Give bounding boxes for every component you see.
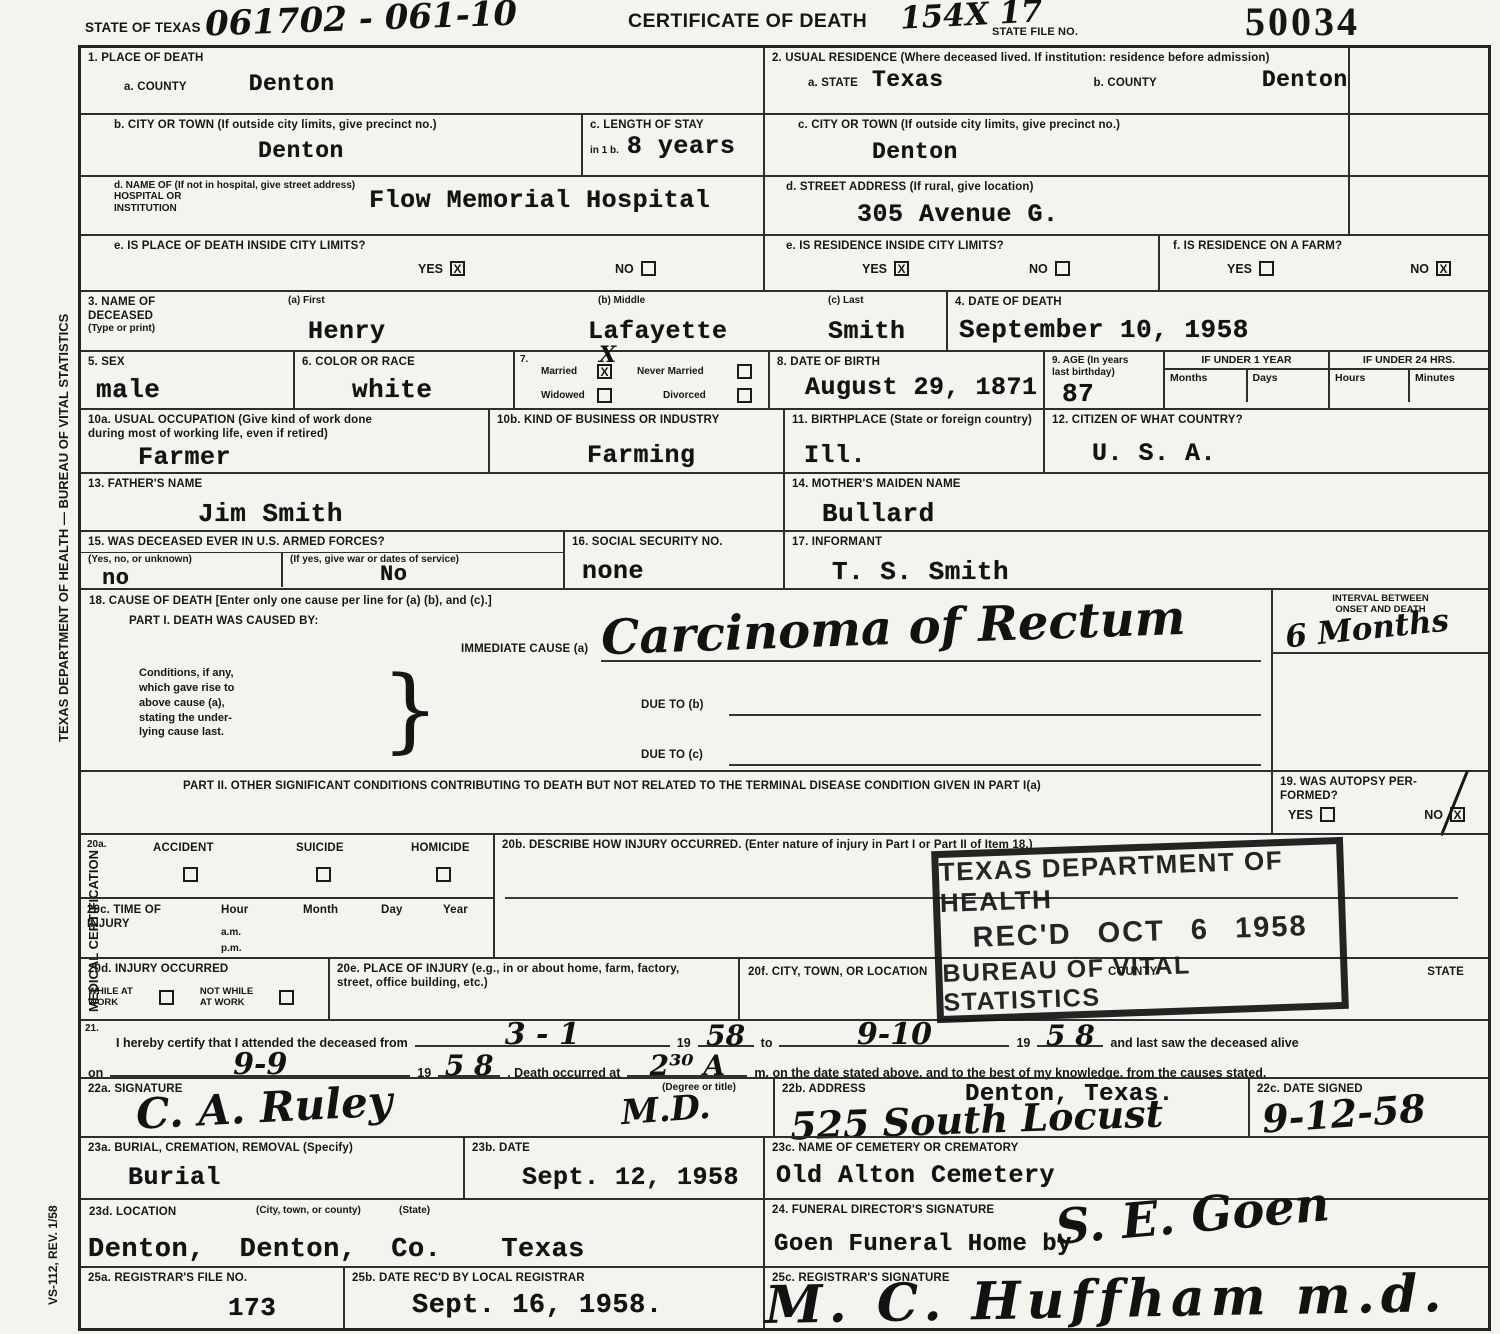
row-7: 10a. USUAL OCCUPATION (Give kind of work… [81,408,1488,472]
box-3b-middle-name: (b) Middle Lafayette [521,292,821,350]
cause-of-death-label: 18. CAUSE OF DEATH [Enter only one cause… [89,594,492,608]
occupation-value: Farmer [138,443,481,472]
month-label: Month [303,903,338,917]
to-year-value: 5 8 [1037,1022,1103,1050]
location-city-value: Denton, Denton, Co. [88,1235,441,1265]
box-3a-first-name: (a) First Henry [281,292,521,350]
box-4-date-of-death: 4. DATE OF DEATH September 10, 1958 [946,292,1488,350]
suicide-label: SUICIDE [296,841,344,855]
handwritten-registration-codes: 061702 - 061-10 [205,0,518,41]
middle-name-label: (b) Middle [598,295,814,307]
part1-label: PART I. DEATH WAS CAUSED BY: [129,614,318,628]
row-9: 15. WAS DECEASED EVER IN U.S. ARMED FORC… [81,530,1488,588]
farm-label: f. IS RESIDENCE ON A FARM? [1173,239,1481,253]
armed-forces-label: 15. WAS DECEASED EVER IN U.S. ARMED FORC… [81,532,563,553]
married-handwritten-x: X [599,344,616,366]
last-name-value: Smith [828,317,939,346]
box-22a-signature: 22a. SIGNATURE (Degree or title) C. A. R… [81,1079,773,1137]
marital-label: 7. [520,354,528,366]
box-1e-city-limits: e. IS PLACE OF DEATH INSIDE CITY LIMITS?… [81,236,763,290]
box-23d-location: 23d. LOCATION (City, town, or county) (S… [81,1200,763,1266]
code-strip [1348,177,1488,235]
county-value: Denton [249,71,335,97]
row-8: 13. FATHER'S NAME Jim Smith 14. MOTHER'S… [81,472,1488,530]
death-city-limits-no-checkbox [641,261,656,276]
never-married-checkbox [737,364,752,379]
minutes-label: Minutes [1408,370,1488,402]
accident-label: ACCIDENT [153,841,214,855]
residence-county-value: Denton [1262,67,1348,93]
row-19: 25a. REGISTRAR'S FILE NO. 173 25b. DATE … [81,1266,1488,1328]
never-married-label: Never Married [637,366,704,378]
box-20d-injury-occurred: 20d. INJURY OCCURRED WHILE AT WORK NOT W… [81,959,328,1019]
certificate-title: CERTIFICATE OF DEATH [628,10,867,34]
stamp-line-1: TEXAS DEPARTMENT OF HEALTH [938,843,1338,919]
last-saw-blank: 9-9 [110,1062,410,1077]
farm-no-checkbox: X [1436,261,1451,276]
death-certificate-scan: TEXAS DEPARTMENT OF HEALTH — BUREAU OF V… [0,0,1500,1334]
informant-label: 17. INFORMANT [792,535,1481,549]
box-10b-industry: 10b. KIND OF BUSINESS OR INDUSTRY Farmin… [488,410,783,472]
interval-line [1273,652,1488,654]
box-20c-time-of-injury: 20c. TIME OF INJURY Hour a.m. p.m. Month… [81,897,493,957]
industry-value: Farming [587,441,776,470]
burial-label: 23a. BURIAL, CREMATION, REMOVAL (Specify… [88,1141,456,1155]
conditions-brace: } [381,664,440,756]
not-while-at-work-label: NOT WHILE AT WORK [200,986,253,1008]
row-11: PART II. OTHER SIGNIFICANT CONDITIONS CO… [81,770,1488,833]
box-3-name-label: 3. NAME OF DECEASED (Type or print) [81,292,281,350]
vertical-department-label: TEXAS DEPARTMENT OF HEALTH — BUREAU OF V… [56,314,71,742]
year-label: Year [443,903,468,917]
yes-label: YES [1288,808,1313,822]
yes-label: YES [862,262,887,276]
first-name-label: (a) First [288,295,514,307]
father-name-label: 13. FATHER'S NAME [88,477,776,491]
part2-label: PART II. OTHER SIGNIFICANT CONDITIONS CO… [183,779,1264,793]
residence-city-limits-yes-checkbox: X [894,261,909,276]
box-interval: INTERVAL BETWEEN ONSET AND DEATH 6 Month… [1271,590,1488,770]
citizen-value: U. S. A. [1092,439,1481,468]
due-to-b-label: DUE TO (b) [641,698,704,712]
ssn-label: 16. SOCIAL SECURITY NO. [572,535,776,549]
row-10-cause-of-death: 18. CAUSE OF DEATH [Enter only one cause… [81,588,1488,770]
hour-label: Hour [221,903,248,917]
injury-city-label: 20f. CITY, TOWN, OR LOCATION [748,965,927,979]
to-year-blank: 5 8 [1037,1032,1103,1047]
from-year-value: 58 [698,1022,754,1050]
no-label: NO [1424,808,1443,822]
due-to-c-line [729,764,1261,766]
year-prefix: 19 [1016,1036,1030,1050]
farm-yes-checkbox [1259,261,1274,276]
box-22b-address: 22b. ADDRESS Denton, Texas. 525 South Lo… [773,1079,1248,1137]
attended-from-blank: 3 - 1 [415,1032,670,1047]
box-2d-street-address: d. STREET ADDRESS (If rural, give locati… [763,177,1488,235]
ssn-value: none [582,557,776,586]
location-state-value: Texas [501,1235,585,1265]
date-of-death-label: 4. DATE OF DEATH [955,295,1481,309]
birthplace-label: 11. BIRTHPLACE (State or foreign country… [792,413,1036,427]
code-strip [1348,48,1488,113]
box-25b-date-recd: 25b. DATE REC'D BY LOCAL REGISTRAR Sept.… [343,1268,763,1328]
hospital-value: Flow Memorial Hospital [369,186,710,215]
mother-maiden-name-value: Bullard [822,499,1481,529]
certify-text-2: and last saw the deceased alive [1110,1036,1298,1050]
race-label: 6. COLOR OR RACE [302,355,506,369]
age-value: 87 [1062,379,1156,409]
death-time-value: 2³⁰ A [627,1052,747,1080]
widowed-label: Widowed [541,390,585,402]
injury-occurred-label: 20d. INJURY OCCURRED [88,962,321,976]
registrar-file-value: 173 [228,1293,336,1323]
box-9-age: 9. AGE (In years last birthday) 87 [1043,352,1163,408]
physician-signature: C. A. Ruley [135,1080,393,1135]
received-stamp: TEXAS DEPARTMENT OF HEALTH REC'D OCT 6 1… [931,837,1349,1023]
row-18: 23d. LOCATION (City, town, or county) (S… [81,1198,1488,1266]
state-of-texas-label: STATE OF TEXAS [85,20,201,36]
no-label: NO [615,262,634,276]
from-year-blank: 58 [698,1032,754,1047]
row-5: 3. NAME OF DECEASED (Type or print) (a) … [81,290,1488,350]
injury-state-label: STATE [1427,965,1464,979]
registrar-signature: M. C. Huffham m.d. [765,1268,1448,1332]
no-label: NO [1029,262,1048,276]
yes-label: YES [418,262,443,276]
cemetery-value: Old Alton Cemetery [776,1161,1481,1190]
hours-label: Hours [1330,370,1408,402]
date-signed-value: 9-12-58 [1261,1089,1427,1138]
homicide-checkbox [436,867,451,882]
registrar-file-label: 25a. REGISTRAR'S FILE NO. [88,1271,336,1285]
injury-left-column: 20a. ACCIDENT SUICIDE HOMICIDE 20c. TIME… [81,835,493,957]
am-label: a.m. [221,927,241,939]
death-city-limits-yes-checkbox: X [450,261,465,276]
no-label: NO [1410,262,1429,276]
months-label: Months [1165,370,1246,402]
box-1d-hospital: d. NAME OF (If not in hospital, give str… [81,177,763,235]
box-25a-registrar-file: 25a. REGISTRAR'S FILE NO. 173 [81,1268,343,1328]
married-label: Married [541,366,577,378]
box-8-date-of-birth: 8. DATE OF BIRTH August 29, 1871 [768,352,1043,408]
to-word: to [761,1036,773,1050]
burial-value: Burial [128,1163,456,1192]
box-16-ssn: 16. SOCIAL SECURITY NO. none [563,532,783,588]
box-25c-registrar-signature: 25c. REGISTRAR'S SIGNATURE M. C. Huffham… [763,1268,1488,1328]
attended-to-blank: 9-10 [779,1032,1009,1047]
due-to-b-line [729,714,1261,716]
married-checkbox: X [597,364,612,379]
citizen-label: 12. CITIZEN OF WHAT COUNTRY? [1052,413,1481,427]
immediate-cause-value: Carcinoma of Rectum [600,594,1186,662]
box-17-informant: 17. INFORMANT T. S. Smith [783,532,1488,588]
residence-city-limits-label: e. IS RESIDENCE INSIDE CITY LIMITS? [786,239,1151,253]
stamp-line-3: BUREAU OF VITAL STATISTICS [942,946,1342,1018]
location-label: 23d. LOCATION [89,1205,176,1219]
location-state-sublabel: (State) [399,1205,430,1217]
box-5-sex: 5. SEX male [81,352,293,408]
middle-name-value: Lafayette [588,317,814,346]
row-16: 22a. SIGNATURE (Degree or title) C. A. R… [81,1077,1488,1137]
yes-label: YES [1227,262,1252,276]
box-23a-burial: 23a. BURIAL, CREMATION, REMOVAL (Specify… [81,1138,463,1198]
box-20e-place-of-injury: 20e. PLACE OF INJURY (e.g., in or about … [328,959,738,1019]
birthplace-value: Ill. [804,441,1036,470]
day-label: Day [381,903,403,917]
box-under-1-year: IF UNDER 1 YEAR Months Days [1163,352,1328,408]
burial-date-value: Sept. 12, 1958 [522,1163,756,1192]
box-13-father: 13. FATHER'S NAME Jim Smith [81,474,783,530]
date-of-birth-label: 8. DATE OF BIRTH [777,355,1036,369]
residence-state-value: Texas [872,67,944,93]
box-18-cause-of-death: 18. CAUSE OF DEATH [Enter only one cause… [81,590,1271,770]
state-file-number: 50034 [1245,0,1360,45]
row-1: 1. PLACE OF DEATH a. COUNTY Denton 2. US… [81,48,1488,113]
industry-label: 10b. KIND OF BUSINESS OR INDUSTRY [497,413,776,427]
box-1b-city: b. CITY OR TOWN (If outside city limits,… [81,115,581,175]
box-20a-label: 20a. [87,839,106,851]
box-15-armed-forces: 15. WAS DECEASED EVER IN U.S. ARMED FORC… [81,532,563,588]
date-recd-label: 25b. DATE REC'D BY LOCAL REGISTRAR [352,1271,756,1285]
attended-to-value: 9-10 [779,1020,1009,1050]
form-grid: 1. PLACE OF DEATH a. COUNTY Denton 2. US… [78,45,1491,1331]
divorced-checkbox [737,388,752,403]
residence-city-limits-no-checkbox [1055,261,1070,276]
row-2: b. CITY OR TOWN (If outside city limits,… [81,113,1488,175]
city-label: b. CITY OR TOWN (If outside city limits,… [114,118,574,132]
city-value: Denton [258,138,574,164]
while-at-work-checkbox [159,990,174,1005]
box-24-funeral-director: 24. FUNERAL DIRECTOR'S SIGNATURE Goen Fu… [763,1200,1488,1266]
age-label: 9. AGE (In years last birthday) [1052,355,1156,379]
under-24-hrs-label: IF UNDER 24 HRS. [1330,352,1488,370]
date-recd-value: Sept. 16, 1958. [412,1291,756,1321]
residence-county-label: b. COUNTY [1094,76,1157,90]
conditions-note: Conditions, if any, which gave rise to a… [139,666,234,740]
row-4: e. IS PLACE OF DEATH INSIDE CITY LIMITS?… [81,234,1488,290]
length-of-stay-label: c. LENGTH OF STAY [590,118,756,132]
autopsy-yes-checkbox [1320,807,1335,822]
place-of-death-label: 1. PLACE OF DEATH [88,51,756,65]
county-label: a. COUNTY [124,80,187,94]
box-23b-date: 23b. DATE Sept. 12, 1958 [463,1138,763,1198]
death-city-limits-label: e. IS PLACE OF DEATH INSIDE CITY LIMITS? [114,239,756,253]
sex-value: male [96,375,286,405]
while-at-work-label: WHILE AT WORK [88,986,133,1008]
box-21-number: 21. [85,1023,99,1035]
box-22c-date-signed: 22c. DATE SIGNED 9-12-58 [1248,1079,1488,1137]
row-15-certify: 21. I hereby certify that I attended the… [81,1019,1488,1077]
days-label: Days [1246,370,1329,402]
box-23c-cemetery: 23c. NAME OF CEMETERY OR CREMATORY Old A… [763,1138,1488,1198]
armed-forces-sub1: (Yes, no, or unknown) [88,554,274,566]
residence-state-label: a. STATE [808,76,858,90]
date-of-birth-value: August 29, 1871 [805,373,1036,402]
race-value: white [352,375,506,405]
box-3c-last-name: (c) Last Smith [821,292,946,350]
hospital-label: d. NAME OF (If not in hospital, give str… [114,180,355,215]
on-year-blank: 5 8 [438,1062,500,1077]
last-name-label: (c) Last [828,295,939,307]
box-20a-manner: 20a. ACCIDENT SUICIDE HOMICIDE [81,835,493,897]
length-of-stay-value: 8 years [627,132,736,161]
box-2f-farm: f. IS RESIDENCE ON A FARM? YES NOX [1158,236,1488,290]
box-2-usual-residence: 2. USUAL RESIDENCE (Where deceased lived… [763,48,1488,113]
row-6: 5. SEX male 6. COLOR OR RACE white 7. X … [81,350,1488,408]
time-of-injury-label: 20c. TIME OF INJURY [87,903,161,931]
immediate-cause-label: IMMEDIATE CAUSE (a) [461,642,588,656]
box-1c-length-of-stay: c. LENGTH OF STAY in 1 b. 8 years [581,115,763,175]
cemetery-label: 23c. NAME OF CEMETERY OR CREMATORY [772,1141,1481,1155]
name-type-or-print: (Type or print) [88,323,274,335]
box-under-24-hrs: IF UNDER 24 HRS. Hours Minutes [1328,352,1488,408]
state-file-no-label: STATE FILE NO. [992,26,1078,39]
box-14-mother: 14. MOTHER'S MAIDEN NAME Bullard [783,474,1488,530]
mother-maiden-name-label: 14. MOTHER'S MAIDEN NAME [792,477,1481,491]
box-19-autopsy: 19. WAS AUTOPSY PER- FORMED? YES NOX [1271,772,1488,833]
length-of-stay-sublabel: in 1 b. [590,145,619,157]
divorced-label: Divorced [663,390,706,402]
last-saw-value: 9-9 [110,1050,410,1080]
box-1-place-of-death: 1. PLACE OF DEATH a. COUNTY Denton [81,48,763,113]
suicide-checkbox [316,867,331,882]
date-of-death-value: September 10, 1958 [959,315,1481,345]
widowed-checkbox [597,388,612,403]
attended-from-value: 3 - 1 [415,1020,670,1050]
box-10a-occupation: 10a. USUAL OCCUPATION (Give kind of work… [81,410,488,472]
pm-label: p.m. [221,943,242,955]
box-12-citizen: 12. CITIZEN OF WHAT COUNTRY? U. S. A. [1043,410,1488,472]
box-18-part2: PART II. OTHER SIGNIFICANT CONDITIONS CO… [81,772,1271,833]
box-21-certify: 21. I hereby certify that I attended the… [81,1021,1488,1077]
place-of-injury-label: 20e. PLACE OF INJURY (e.g., in or about … [337,962,731,990]
box-2e-residence-limits: e. IS RESIDENCE INSIDE CITY LIMITS? YESX… [763,236,1158,290]
armed-forces-service-value: No [380,562,556,587]
code-strip [1348,115,1488,175]
box-11-birthplace: 11. BIRTHPLACE (State or foreign country… [783,410,1043,472]
on-year-value: 5 8 [438,1052,500,1080]
name-of-deceased-label: 3. NAME OF DECEASED [88,295,274,323]
box-6-race: 6. COLOR OR RACE white [293,352,513,408]
box-2c-residence-city: c. CITY OR TOWN (If outside city limits,… [763,115,1488,175]
sex-label: 5. SEX [88,355,286,369]
due-to-c-label: DUE TO (c) [641,748,703,762]
under-1-year-label: IF UNDER 1 YEAR [1165,352,1328,370]
father-name-value: Jim Smith [198,499,776,529]
physician-degree: M.D. [620,1090,712,1130]
year-prefix: 19 [677,1036,691,1050]
death-time-blank: 2³⁰ A [627,1062,747,1077]
informant-value: T. S. Smith [832,557,1481,587]
vertical-form-code: VS-112, REV. 1/58 [46,1205,60,1305]
homicide-label: HOMICIDE [411,841,470,855]
occupation-label: 10a. USUAL OCCUPATION (Give kind of work… [88,413,481,441]
row-3: d. NAME OF (If not in hospital, give str… [81,175,1488,235]
first-name-value: Henry [308,317,514,346]
burial-date-label: 23b. DATE [472,1141,756,1155]
accident-checkbox [183,867,198,882]
not-while-at-work-checkbox [279,990,294,1005]
autopsy-label: 19. WAS AUTOPSY PER- FORMED? [1280,775,1481,803]
box-7-marital-status: 7. X Married X Never Married Widowed Div… [513,352,768,408]
location-city-sublabel: (City, town, or county) [256,1205,361,1217]
